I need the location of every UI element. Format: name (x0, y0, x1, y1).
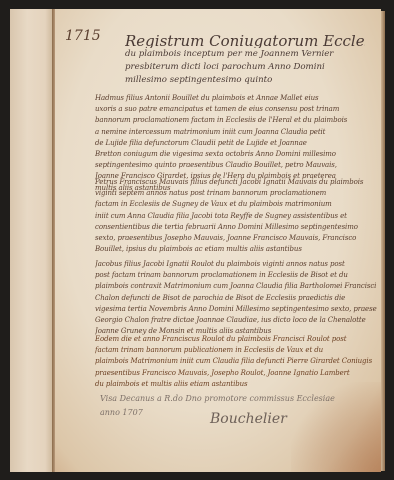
left-page-leaf (10, 9, 54, 472)
entry-line: praesentibus Francisco Mauvais, Josepho … (95, 368, 377, 379)
entry-line: Bretton coniugum die vigesima sexta octo… (95, 149, 377, 160)
entry-line: Georgio Chalon fratre dictae Joannae Cla… (95, 315, 377, 326)
entry-line: factam trinam bannorum publicationem in … (95, 345, 377, 356)
heading-line: presbiterum dicti loci parochum Anno Dom… (125, 61, 365, 74)
heading-line: Registrum Coniugatorum Ecclesiae Parochi… (125, 35, 365, 48)
entry-line: Petrus Franciscus Mauvais filius defunct… (95, 177, 377, 188)
entry-line: vigesima tertia Novembris Anno Domini Mi… (95, 304, 377, 315)
entry-line: Chalon defuncti de Bisot de parochia de … (95, 293, 377, 304)
entry-line: Hadmus filius Antonii Bouillet du plaimb… (95, 93, 377, 104)
entry-line: de Lujide filia defunctorum Claudii peti… (95, 138, 377, 149)
folio-number: 1715 (65, 28, 101, 44)
certification-line: Visa Decanus a R.do Dno promotore commis… (100, 392, 380, 406)
marriage-entry: Petrus Franciscus Mauvais filius defunct… (95, 177, 377, 255)
page-edge (381, 11, 385, 471)
entry-line: a nemine intercessum matrimonium iniit c… (95, 127, 377, 138)
entry-line: bannorum proclamationem factam in Eccles… (95, 115, 377, 126)
register-heading: Registrum Coniugatorum Ecclesiae Parochi… (125, 35, 365, 87)
marriage-entry: Jacobus filius Jacobi Ignatii Roulot du … (95, 259, 377, 337)
manuscript-page: 1715 Registrum Coniugatorum Ecclesiae Pa… (55, 9, 381, 472)
entry-line: sexto, praesentibus Josepho Mauvais, Joa… (95, 233, 377, 244)
entry-line: Eodem die et anno Franciscus Roulot du p… (95, 334, 377, 345)
entry-line: consentientibus die tertia februarii Ann… (95, 222, 377, 233)
signature: Bouchelier (210, 411, 287, 427)
entry-line: plaimbois Matrimonium iniit cum Claudia … (95, 356, 377, 367)
entry-line: du plaimbois et multis aliis etiam astan… (95, 379, 377, 390)
entry-line: uxoris a suo patre emancipatus et tamen … (95, 104, 377, 115)
entry-line: plaimbois contraxit Matrimonium cum Joan… (95, 281, 377, 292)
entry-line: viginti septem annos natus post trinam b… (95, 188, 377, 199)
entry-line: Bouillet, ipsius du plaimbois ac etiam m… (95, 244, 377, 255)
heading-line: du plaimbois inceptum per me Joannem Ver… (125, 48, 365, 61)
entry-line: post factam trinam bannorum proclamation… (95, 270, 377, 281)
heading-line: millesimo septingentesimo quinto (125, 74, 365, 87)
entry-line: factam in Ecclesiis de Sugney de Vaux et… (95, 199, 377, 210)
entry-line: Jacobus filius Jacobi Ignatii Roulot du … (95, 259, 377, 270)
entry-line: iniit cum Anna Claudia filia Jacobi tota… (95, 211, 377, 222)
marriage-entry: Eodem die et anno Franciscus Roulot du p… (95, 334, 377, 390)
entry-line: septingentesimo quinto praesentibus Clau… (95, 160, 377, 171)
